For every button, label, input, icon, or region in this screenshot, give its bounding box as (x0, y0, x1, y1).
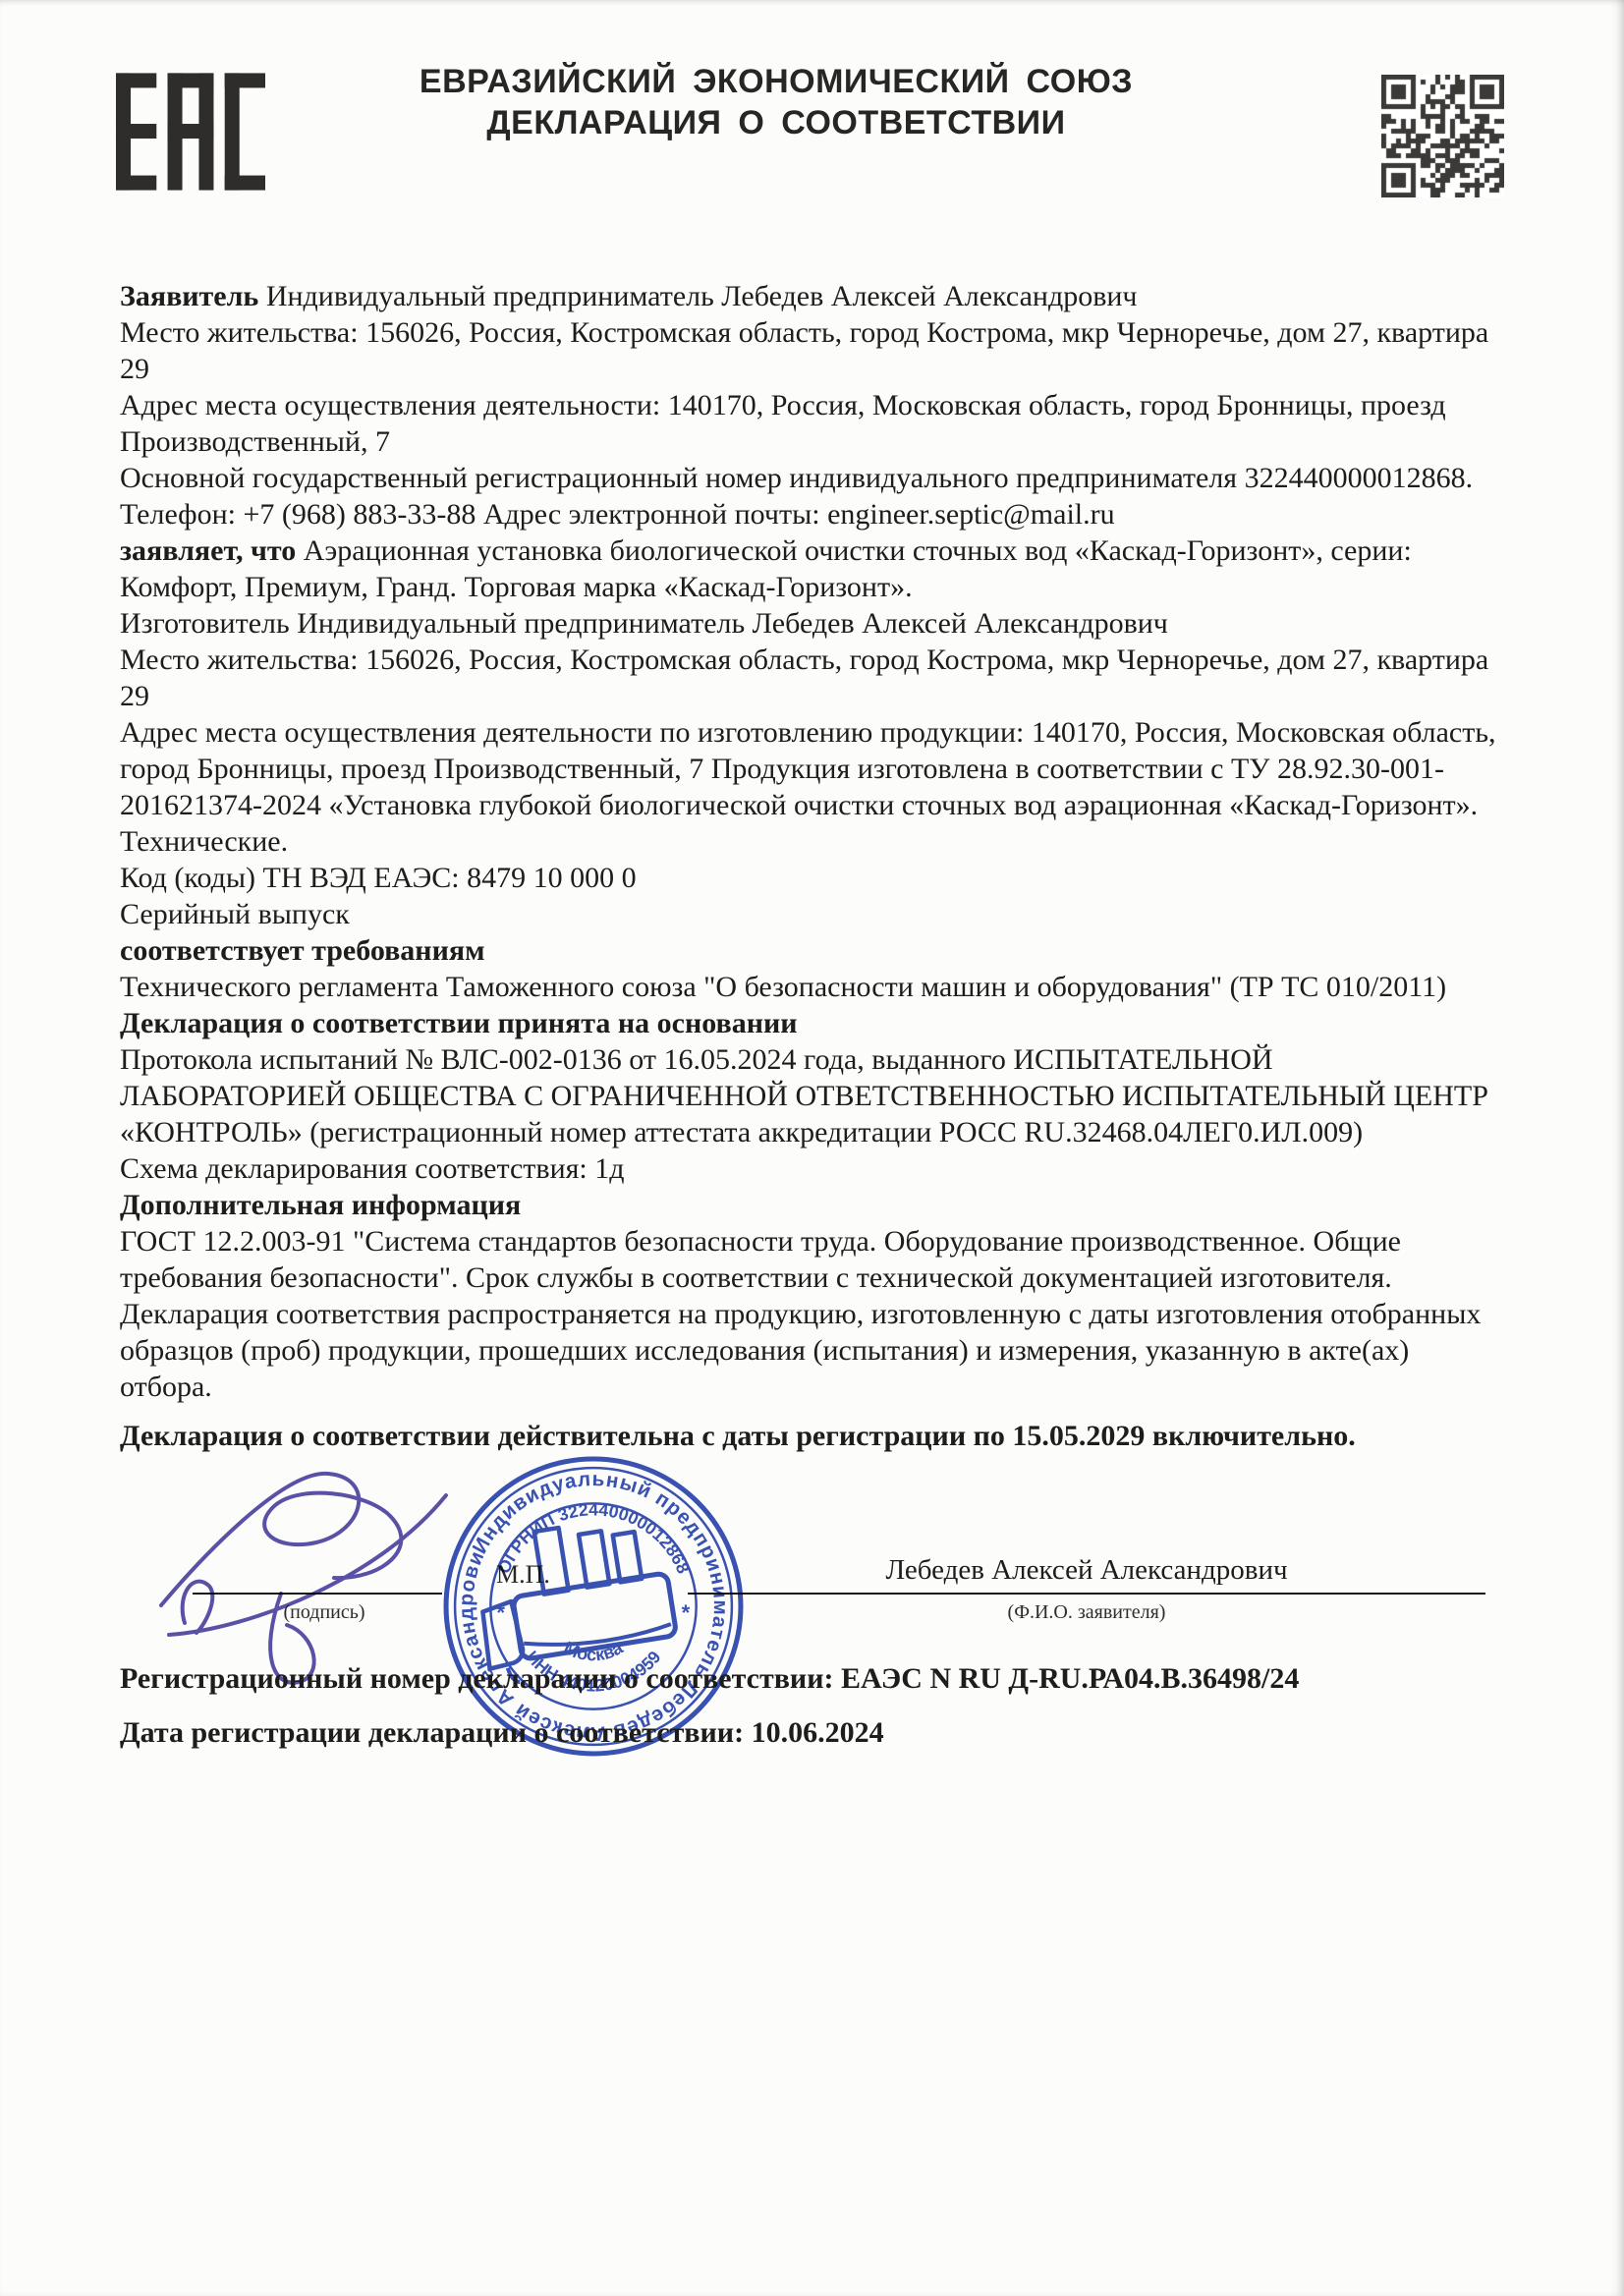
applicant-name-line (688, 1593, 1485, 1595)
paragraph-scope: Декларация соответствия распространяется… (120, 1296, 1505, 1405)
registration-date-value: 10.06.2024 (752, 1716, 884, 1749)
paragraph-applicant: Заявитель Индивидуальный предприниматель… (120, 278, 1505, 314)
paragraph-serial: Серийный выпуск (120, 896, 1505, 932)
title-line-2: ДЕКЛАРАЦИЯ О СООТВЕТСТВИИ (295, 102, 1258, 143)
applicant-name-caption: (Ф.И.О. заявителя) (688, 1601, 1485, 1624)
paragraph-manufacturer-residence: Место жительства: 156026, Россия, Костро… (120, 642, 1505, 714)
heading-basis: Декларация о соответствии принята на осн… (120, 1005, 1505, 1041)
document-body: Заявитель Индивидуальный предприниматель… (120, 278, 1505, 1454)
paragraph-tnved-code: Код (коды) ТН ВЭД ЕАЭС: 8479 10 000 0 (120, 860, 1505, 896)
heading-additional-info: Дополнительная информация (120, 1187, 1505, 1223)
paragraph-scheme: Схема декларирования соответствия: 1д (120, 1150, 1505, 1187)
eac-logo (116, 69, 265, 195)
registration-date-line: Дата регистрации декларации о соответств… (120, 1716, 884, 1750)
registration-number-line: Регистрационный номер декларации о соотв… (120, 1662, 1299, 1696)
qr-code (1381, 75, 1504, 197)
declaration-document-page: ЕВРАЗИЙСКИЙ ЭКОНОМИЧЕСКИЙ СОЮЗ ДЕКЛАРАЦИ… (0, 0, 1624, 2296)
applicant-name: Лебедев Алексей Александрович (688, 1554, 1485, 1587)
paragraph-gost: ГОСТ 12.2.003-91 "Система стандартов без… (120, 1223, 1505, 1296)
paragraph-activity-address: Адрес места осуществления деятельности: … (120, 387, 1505, 460)
heading-conforms: соответствует требованиям (120, 932, 1505, 969)
registration-number-value: ЕАЭС N RU Д-RU.РА04.В.36498/24 (841, 1662, 1299, 1695)
paragraph-production-address: Адрес места осуществления деятельности п… (120, 714, 1505, 860)
title-line-1: ЕВРАЗИЙСКИЙ ЭКОНОМИЧЕСКИЙ СОЮЗ (295, 61, 1258, 102)
document-title: ЕВРАЗИЙСКИЙ ЭКОНОМИЧЕСКИЙ СОЮЗ ДЕКЛАРАЦИ… (295, 61, 1258, 143)
paragraph-residence: Место жительства: 156026, Россия, Костро… (120, 314, 1505, 387)
paragraph-ogrnip: Основной государственный регистрационный… (120, 460, 1505, 496)
company-stamp: Индивидуальный предприниматель Лебедев А… (441, 1454, 746, 1759)
paragraph-regulation: Технического регламента Таможенного союз… (120, 969, 1505, 1005)
paragraph-phone-email: Телефон: +7 (968) 883-33-88 Адрес электр… (120, 496, 1505, 532)
paragraph-test-protocol: Протокола испытаний № ВЛС-002-0136 от 16… (120, 1041, 1505, 1150)
paragraph-declares: заявляет, что Аэрационная установка биол… (120, 532, 1505, 605)
handwritten-signature (134, 1401, 473, 1691)
stamp-outer-text-curve: Индивидуальный предприниматель Лебедев А… (441, 1454, 732, 1745)
stamp-star-right: * (682, 1600, 691, 1625)
paragraph-manufacturer: Изготовитель Индивидуальный предпринимат… (120, 605, 1505, 642)
